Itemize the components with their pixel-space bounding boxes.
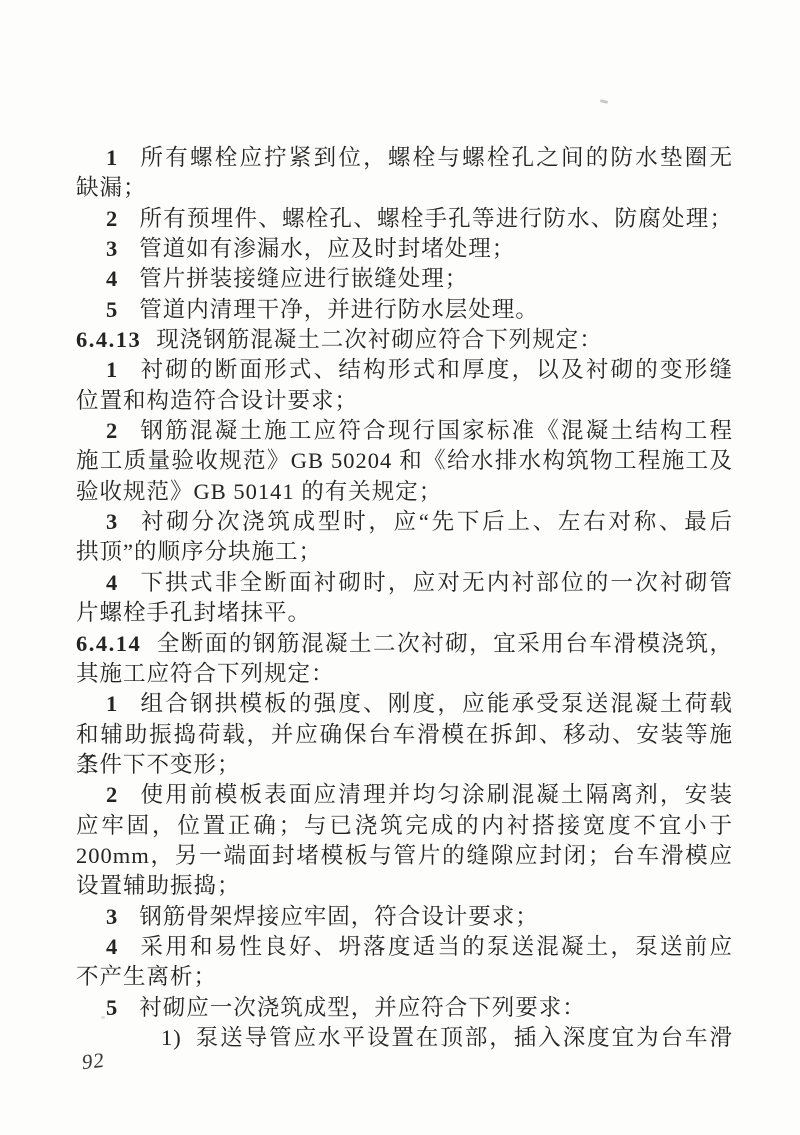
line-text: 组合钢拱模板的强度、刚度，应能承受泵送混凝土荷载 [139,691,733,716]
text-line: 5管道内清理干净，并进行防水层处理。 [76,295,733,325]
line-text: 不产生离析； [76,964,217,989]
text-line: 其施工应符合下列规定： [76,659,733,689]
line-text: 管道内清理干净，并进行防水层处理。 [139,297,539,322]
item-number: 5 [106,297,118,322]
text-line: 4下拱式非全断面衬砌时，应对无内衬部位的一次衬砌管 [76,568,733,598]
text-line: 1所有螺栓应拧紧到位，螺栓与螺栓孔之间的防水垫圈无 [76,143,733,173]
text-line: 条件下不变形； [76,750,733,780]
line-text: 其施工应符合下列规定： [76,661,335,686]
line-text: 衬砌的断面形式、结构形式和厚度，以及衬砌的变形缝 [139,357,733,382]
line-text: 所有螺栓应拧紧到位，螺栓与螺栓孔之间的防水垫圈无 [139,145,733,170]
line-text: 所有预埋件、螺栓孔、螺栓手孔等进行防水、防腐处理； [139,206,733,231]
line-text: 使用前模板表面应清理并均匀涂刷混凝土隔离剂，安装 [139,782,733,807]
line-text: 现浇钢筋混凝土二次衬砌应符合下列规定： [156,327,603,352]
line-text: 全断面的钢筋混凝土二次衬砌，宜采用台车滑模浇筑， [156,631,733,656]
text-line: 1衬砌的断面形式、结构形式和厚度，以及衬砌的变形缝 [76,355,733,385]
item-number: 3 [106,509,118,534]
clause-line: 6.4.14全断面的钢筋混凝土二次衬砌，宜采用台车滑模浇筑， [76,629,733,659]
text-line: 验收规范》GB 50141 的有关规定； [76,477,733,507]
text-line: 1)泵送导管应水平设置在顶部，插入深度宜为台车滑 [76,1023,733,1053]
text-line: 设置辅助振捣； [76,871,733,901]
item-number: 4 [106,266,118,291]
line-text: 条件下不变形； [76,752,241,777]
scan-artifact [600,99,608,104]
scanned-document-page: 1所有螺栓应拧紧到位，螺栓与螺栓孔之间的防水垫圈无缺漏；2所有预埋件、螺栓孔、螺… [0,0,800,1135]
item-number: 1 [106,357,118,382]
item-number: 1 [106,145,118,170]
line-text: 拱顶”的顺序分块施工； [76,539,322,564]
text-line: 施工质量验收规范》GB 50204 和《给水排水构筑物工程施工及 [76,446,733,476]
text-line: 3钢筋骨架焊接应牢固，符合设计要求； [76,902,733,932]
text-line: 4管片拼装接缝应进行嵌缝处理； [76,264,733,294]
text-line: 拱顶”的顺序分块施工； [76,537,733,567]
text-line: 位置和构造符合设计要求； [76,386,733,416]
line-text: 片螺栓手孔封堵抹平。 [76,600,311,625]
line-text: 缺漏； [76,175,147,200]
item-number: 2 [106,418,118,443]
item-number: 1) [161,1025,182,1050]
line-text: 采用和易性良好、坍落度适当的泵送混凝土，泵送前应 [139,934,733,959]
text-line: 1组合钢拱模板的强度、刚度，应能承受泵送混凝土荷载 [76,689,733,719]
clause-number: 6.4.14 [76,631,141,656]
line-text: 下拱式非全断面衬砌时，应对无内衬部位的一次衬砌管 [139,570,733,595]
text-line: 缺漏； [76,173,733,203]
text-line: 2使用前模板表面应清理并均匀涂刷混凝土隔离剂，安装 [76,780,733,810]
item-number: 3 [106,236,118,261]
line-text: 200mm，另一端面封堵模板与管片的缝隙应封闭；台车滑模应 [76,843,733,868]
line-text: 管片拼装接缝应进行嵌缝处理； [139,266,468,291]
line-text: 衬砌应一次浇筑成型，并应符合下列要求： [139,995,586,1020]
text-line: 3管道如有渗漏水，应及时封堵处理； [76,234,733,264]
line-text: 应牢固，位置正确；与已浇筑完成的内衬搭接宽度不宜小于 [76,813,733,838]
line-text: 验收规范》GB 50141 的有关规定； [76,479,442,504]
line-text: 钢筋骨架焊接应牢固，符合设计要求； [139,904,539,929]
text-line: 和辅助振捣荷载，并应确保台车滑模在拆卸、移动、安装等施工 [76,720,733,750]
item-number: 2 [106,206,118,231]
line-text: 管道如有渗漏水，应及时封堵处理； [139,236,515,261]
text-line: 应牢固，位置正确；与已浇筑完成的内衬搭接宽度不宜小于 [76,811,733,841]
text-line: 2钢筋混凝土施工应符合现行国家标准《混凝土结构工程 [76,416,733,446]
text-line: 不产生离析； [76,962,733,992]
text-line: 片螺栓手孔封堵抹平。 [76,598,733,628]
line-text: 泵送导管应水平设置在顶部，插入深度宜为台车滑 [195,1025,733,1050]
page-number: 92 [82,1048,106,1076]
line-text: 钢筋混凝土施工应符合现行国家标准《混凝土结构工程 [139,418,733,443]
text-line: 3衬砌分次浇筑成型时，应“先下后上、左右对称、最后 [76,507,733,537]
text-line: 2所有预埋件、螺栓孔、螺栓手孔等进行防水、防腐处理； [76,204,733,234]
item-number: 1 [106,691,118,716]
item-number: 3 [106,904,118,929]
item-number: 2 [106,782,118,807]
item-number: 4 [106,570,118,595]
line-text: 位置和构造符合设计要求； [76,388,358,413]
item-number: 5 [106,995,118,1020]
item-number: 4 [106,934,118,959]
text-line: 200mm，另一端面封堵模板与管片的缝隙应封闭；台车滑模应 [76,841,733,871]
text-line: 5衬砌应一次浇筑成型，并应符合下列要求： [76,993,733,1023]
line-text: 衬砌分次浇筑成型时，应“先下后上、左右对称、最后 [139,509,733,534]
document-lines: 1所有螺栓应拧紧到位，螺栓与螺栓孔之间的防水垫圈无缺漏；2所有预埋件、螺栓孔、螺… [76,143,733,1053]
clause-number: 6.4.13 [76,327,141,352]
clause-line: 6.4.13现浇钢筋混凝土二次衬砌应符合下列规定： [76,325,733,355]
line-text: 施工质量验收规范》GB 50204 和《给水排水构筑物工程施工及 [76,448,733,473]
text-line: 4采用和易性良好、坍落度适当的泵送混凝土，泵送前应 [76,932,733,962]
line-text: 设置辅助振捣； [76,873,241,898]
